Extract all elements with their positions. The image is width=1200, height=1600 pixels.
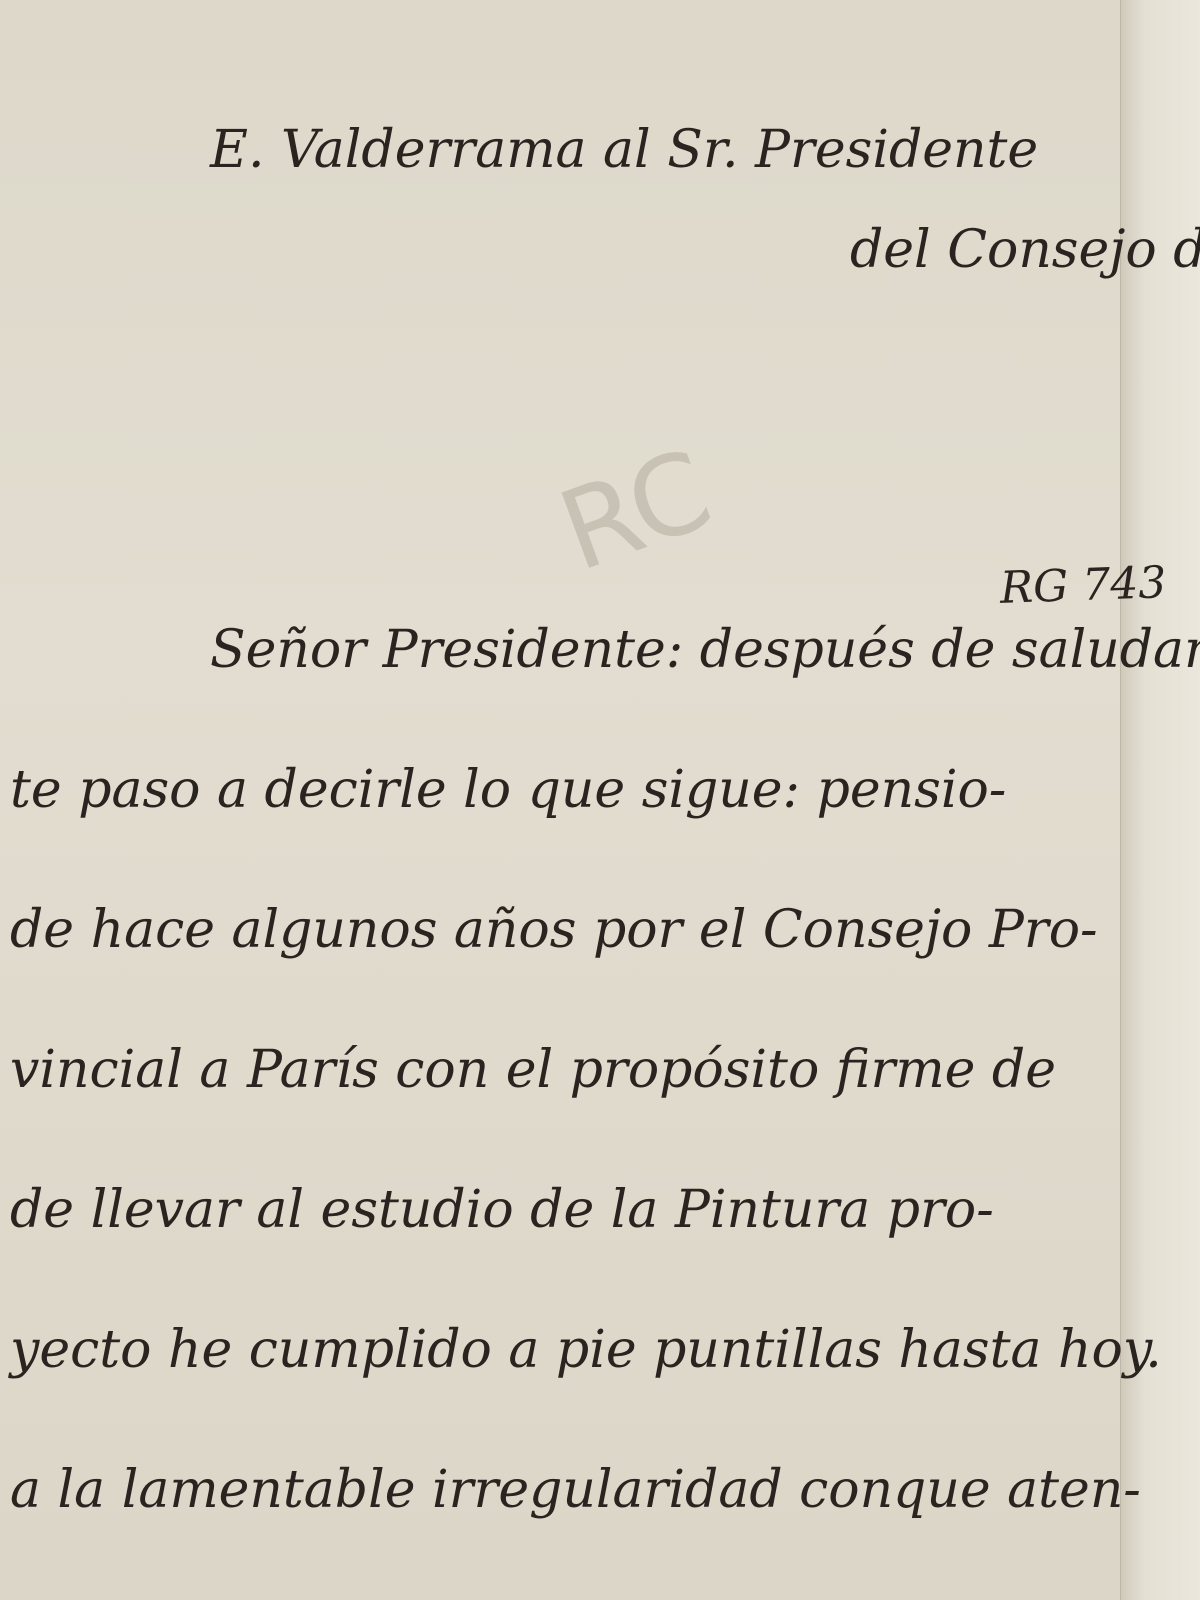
address-line-2: del Consejo de Matanzas. xyxy=(850,220,1200,280)
body-line: te paso a decirle lo que sigue: pensio- xyxy=(10,760,1006,820)
address-line-1: E. Valderrama al Sr. Presidente xyxy=(210,120,1038,180)
body-line: yecto he cumplido a pie puntillas hasta … xyxy=(10,1320,1162,1380)
body-line: de hace algunos años por el Consejo Pro- xyxy=(10,900,1098,960)
body-line: vincial a París con el propósito firme d… xyxy=(10,1040,1056,1100)
body-line: a la lamentable irregularidad conque ate… xyxy=(10,1460,1141,1520)
body-line: de llevar al estudio de la Pintura pro- xyxy=(10,1180,994,1240)
body-line: Señor Presidente: después de saludarle xyxy=(210,620,1200,680)
reference-number: RG 743 xyxy=(999,557,1167,614)
